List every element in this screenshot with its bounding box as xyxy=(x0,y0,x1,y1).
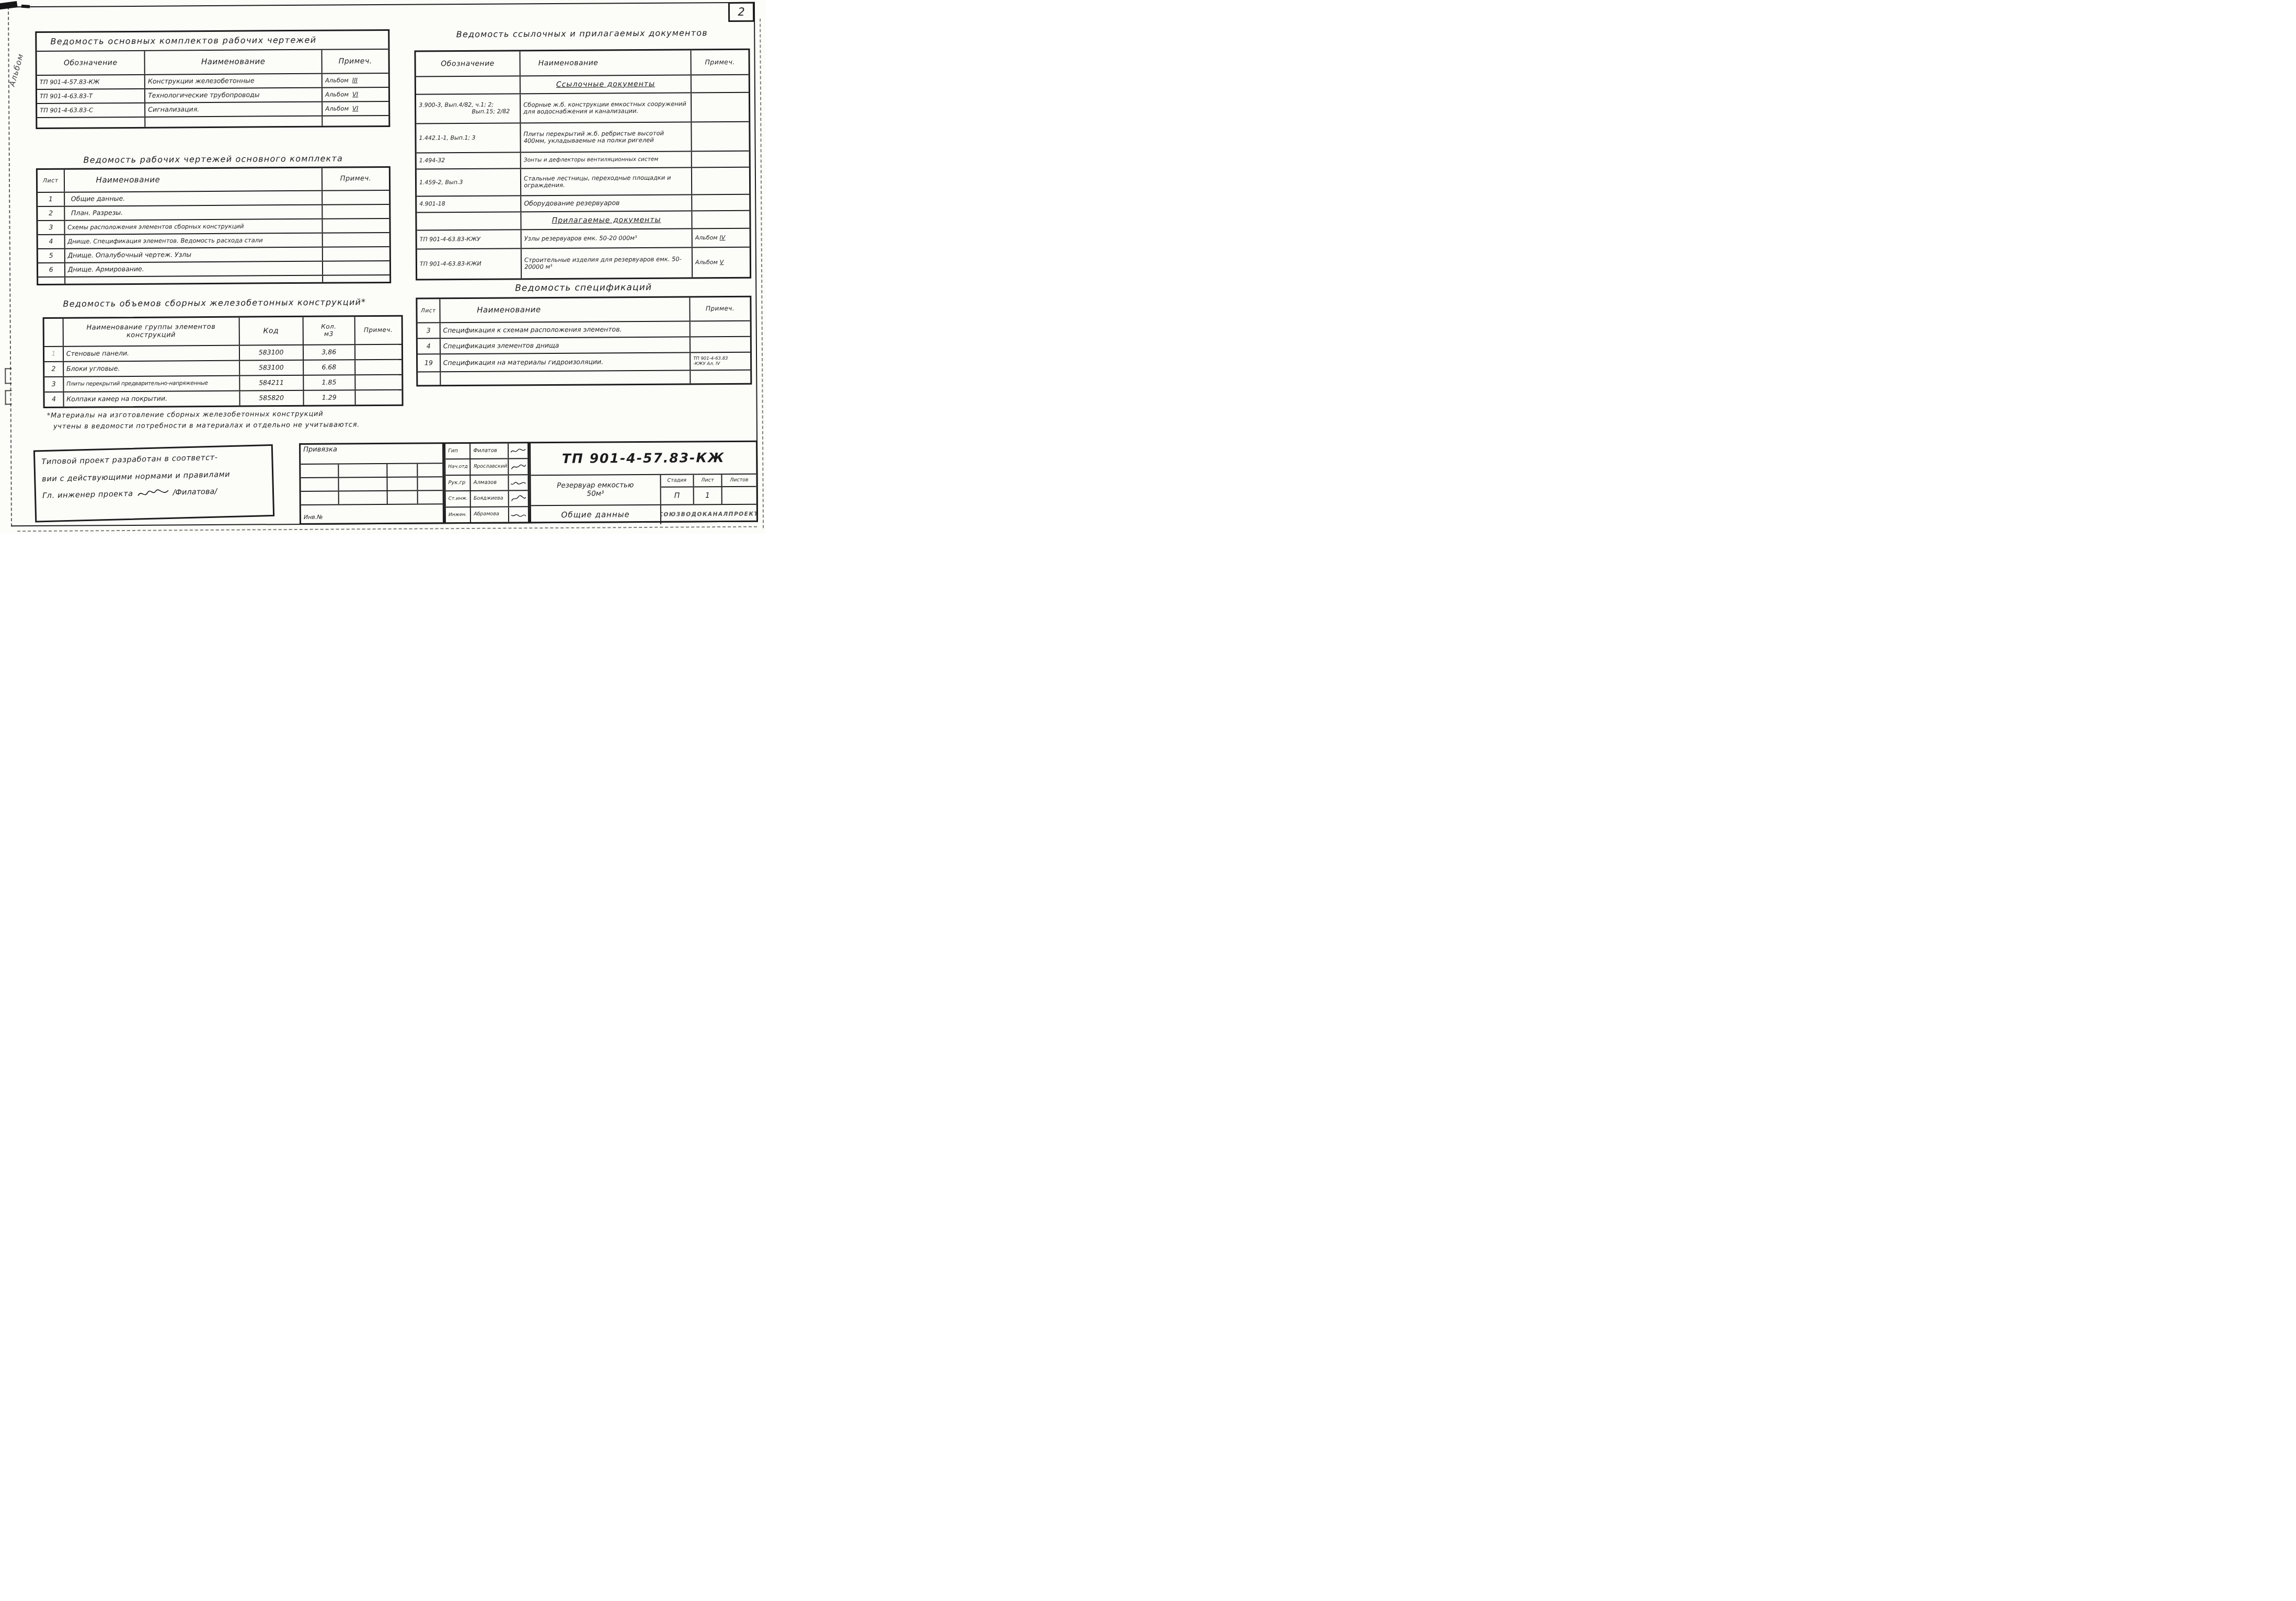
col-header-note: Примеч. xyxy=(322,50,388,73)
empty-cell xyxy=(322,116,388,126)
stage-header: Стадия xyxy=(661,475,693,486)
org-stamp: СОЮЗВОДОКАНАЛПРОЕКТ xyxy=(660,511,756,518)
cell-name: Технологические трубопроводы xyxy=(144,88,322,102)
table-title-row: Ведомость основных комплектов рабочих че… xyxy=(37,31,388,51)
signer-name: Филатов xyxy=(469,444,508,459)
empty-row xyxy=(418,370,750,385)
drawing-sheet: 2 Альбом Ведомость основных комплектов р… xyxy=(0,0,765,534)
col-header-designation: Обозначение xyxy=(416,51,519,76)
header-row: Обозначение Наименование Примеч. xyxy=(416,50,748,76)
cell-sheet: 4 xyxy=(418,339,440,353)
album-number: V xyxy=(720,259,724,266)
binding-grid-row xyxy=(301,490,443,504)
table-row: 1 Стеновые панели. 583100 3,86 xyxy=(44,344,401,361)
specs-table: Лист Наименование Примеч. 3 Спецификация… xyxy=(416,296,752,387)
signer-name: Бояджиева xyxy=(470,491,508,506)
cell-qty: 6.68 xyxy=(303,360,354,375)
table-row: 5 Днище. Опалубочный чертеж. Узлы xyxy=(38,246,389,262)
cell-code: 583100 xyxy=(239,361,303,375)
album-number: VI xyxy=(352,91,358,98)
header-row: Наименование группы элементов конструкци… xyxy=(44,317,401,346)
page-number: 2 xyxy=(738,6,745,18)
binding-box: Привязка Инв.№ xyxy=(299,442,444,525)
empty-cell xyxy=(338,478,387,491)
designation-row: ТП 901-4-57.83-КЖ xyxy=(531,442,756,475)
cell-designation: 3.900-3, Вып.4/82, ч.1; 2; Вып.15; 2/82 xyxy=(416,94,520,123)
cell-name: Строительные изделия для резервуаров емк… xyxy=(521,248,692,278)
album-number: III xyxy=(352,77,358,84)
object-row: Резервуар емкостью 50м³ Стадия Лист Лист… xyxy=(531,474,756,505)
cell-name: Зонты и дефлекторы вентиляционных систем xyxy=(520,152,691,168)
table-row: 6 Днище. Армирование. xyxy=(38,260,389,277)
signer-role: Инжен. xyxy=(446,508,470,523)
table-row: 2 Блоки угловые. 583100 6.68 xyxy=(44,359,401,376)
table-row: 4 Днище. Спецификация элементов. Ведомос… xyxy=(38,232,389,248)
cell-name: Общие данные. xyxy=(64,191,322,206)
scan-artifact xyxy=(21,5,30,8)
empty-cell xyxy=(38,278,64,284)
volumes-footnote-line1: *Материалы на изготовление сборных желез… xyxy=(47,410,324,420)
header-row: Обозначение Наименование Примеч. xyxy=(37,49,388,75)
album-label: Альбом xyxy=(325,105,349,112)
scan-artifact xyxy=(5,368,12,384)
header-row: Лист Наименование Примеч. xyxy=(38,168,389,192)
note-line1: Типовой проект разработан в соответст- xyxy=(41,452,265,466)
empty-cell xyxy=(301,492,339,504)
cell-sheet: 19 xyxy=(418,354,440,371)
cell-note xyxy=(322,191,389,204)
cell-name: Спецификация к схемам расположения элеме… xyxy=(439,321,690,338)
table-row: 3 Спецификация к схемам расположения эле… xyxy=(418,320,750,338)
signer-signature xyxy=(508,491,528,506)
signature xyxy=(136,488,169,499)
working-drawings-table: Лист Наименование Примеч. 1 Общие данные… xyxy=(36,166,391,285)
cell-note xyxy=(691,93,749,122)
table-row: 19 Спецификация на материалы гидроизоляц… xyxy=(418,352,750,372)
table-row: 3 Плиты перекрытий предварительно-напряж… xyxy=(44,374,401,391)
col-header-sheet: Лист xyxy=(38,170,64,192)
ref-docs-table: Обозначение Наименование Примеч. Ссылочн… xyxy=(414,49,751,281)
empty-cell xyxy=(416,76,520,94)
cell-name: Спецификация элементов днища xyxy=(440,337,690,353)
cell-note xyxy=(322,205,389,218)
cell-num: 2 xyxy=(44,362,63,376)
empty-cell xyxy=(691,75,749,93)
cell-name: Плиты перекрытий ж.б. ребристые высотой … xyxy=(520,122,691,152)
signature xyxy=(510,463,527,470)
col-header-note: Примеч. xyxy=(691,50,749,75)
empty-cell xyxy=(387,491,417,504)
col-header-name: Наименование xyxy=(144,50,322,74)
cell-sheet: 3 xyxy=(38,221,64,234)
margin-album-note: Альбом xyxy=(7,52,26,87)
empty-cell xyxy=(417,477,442,490)
col-header-name: Наименование xyxy=(63,168,322,192)
cell-note xyxy=(690,337,750,352)
table-row: 1.459-2, Вып.3 Стальные лестницы, перехо… xyxy=(417,167,749,196)
cell-note xyxy=(691,152,749,167)
bottom-dashed-artifact xyxy=(17,526,757,532)
designation-line2: Вып.15; 2/82 xyxy=(472,109,510,116)
cell-designation: 1.494-32 xyxy=(417,153,520,168)
signer-row: Гип Филатов xyxy=(445,443,527,458)
cell-sheet: 1 xyxy=(38,193,64,206)
album-label: Альбом xyxy=(325,77,349,84)
stage-sheet-table: Стадия Лист Листов П 1 xyxy=(660,475,756,504)
table-row: 1.442.1-1, Вып.1; 3 Плиты перекрытий ж.б… xyxy=(416,121,749,153)
cell-name: Оборудование резервуаров xyxy=(520,195,691,211)
binding-label: Привязка xyxy=(301,444,442,464)
section-attached: Прилагаемые документы xyxy=(520,211,691,229)
cell-note: Альбом IV xyxy=(692,229,750,247)
signature xyxy=(510,479,527,486)
cell-sheet: 2 xyxy=(38,207,64,220)
cell-num: 1 xyxy=(44,347,63,361)
empty-cell xyxy=(64,276,323,284)
cell-sheet: 5 xyxy=(38,249,64,262)
empty-cell xyxy=(37,118,144,128)
cell-qty: 1.85 xyxy=(303,375,354,390)
signer-role: Нач.отд xyxy=(445,459,469,475)
empty-cell xyxy=(417,212,520,229)
section-row: Прилагаемые документы xyxy=(417,210,749,230)
binding-label-row: Привязка xyxy=(301,444,442,464)
frame-top xyxy=(8,2,755,8)
col-header-name: Наименование xyxy=(439,297,690,322)
cell-name: Узлы резервуаров емк. 50-20 000м³ xyxy=(521,229,692,248)
table-row: 4 Спецификация элементов днища xyxy=(418,336,750,354)
cell-note xyxy=(354,345,401,360)
table-row: 1.494-32 Зонты и дефлекторы вентиляционн… xyxy=(417,151,749,169)
table-row: ТП 901-4-63.83-С Сигнализация. Альбом VI xyxy=(37,101,388,117)
empty-cell xyxy=(417,491,443,503)
cell-note: Альбом VI xyxy=(322,102,388,116)
cell-designation: ТП 901-4-63.83-С xyxy=(37,103,144,117)
scan-artifact xyxy=(0,1,18,10)
cell-note: Альбом III xyxy=(322,74,388,87)
cell-designation: 1.459-2, Вып.3 xyxy=(417,169,520,195)
cell-sheet: 4 xyxy=(38,235,64,248)
col-header-code: Код xyxy=(238,317,302,345)
cell-name: Схемы расположения элементов сборных кон… xyxy=(64,220,322,234)
signer-name: Алмазов xyxy=(470,475,508,490)
signer-name: Ярославский xyxy=(470,459,508,475)
cell-name: Стальные лестницы, переходные площадки и… xyxy=(520,168,691,195)
cell-code: 583100 xyxy=(239,345,303,360)
volumes-table: Наименование группы элементов конструкци… xyxy=(43,315,404,408)
signers-table: Гип Филатов Нач.отд Ярославский Рук.гр А… xyxy=(444,442,530,524)
cell-designation: 4.901-18 xyxy=(417,196,520,212)
empty-cell xyxy=(301,478,338,491)
table-row: 4 Колпаки камер на покрытии. 585820 1.29 xyxy=(44,389,401,407)
cell-name: Днище. Спецификация элементов. Ведомость… xyxy=(64,234,322,248)
cell-name: Стеновые панели. xyxy=(63,346,239,361)
inventory-label: Инв.№ xyxy=(301,504,443,523)
cell-designation: 1.442.1-1, Вып.1; 3 xyxy=(416,123,520,152)
cell-name: Колпаки камер на покрытии. xyxy=(63,391,239,407)
main-sets-title: Ведомость основных комплектов рабочих че… xyxy=(37,31,388,51)
col-header-num xyxy=(44,319,63,346)
signer-signature xyxy=(508,459,528,475)
cell-name: Днище. Опалубочный чертеж. Узлы xyxy=(64,248,322,262)
header-row: Лист Наименование Примеч. xyxy=(417,297,750,322)
cell-designation: ТП 901-4-63.83-Т xyxy=(37,89,144,103)
section-referenced: Ссылочные документы xyxy=(520,75,691,93)
table-row: 4.901-18 Оборудование резервуаров xyxy=(417,194,749,212)
table-row: 3.900-3, Вып.4/82, ч.1; 2; Вып.15; 2/82 … xyxy=(416,92,749,123)
empty-row xyxy=(37,115,388,128)
note-line2: вии с действующими нормами и правилами xyxy=(42,469,266,483)
object-line2: 50м³ xyxy=(587,490,604,498)
cell-sheet: 6 xyxy=(38,263,64,277)
empty-cell xyxy=(338,464,387,477)
sheet-title-row: Общие данные СОЮЗВОДОКАНАЛПРОЕКТ xyxy=(531,504,756,525)
binding-grid-row xyxy=(301,476,442,491)
note-line3-name: /Филатова/ xyxy=(173,488,217,497)
cell-note xyxy=(322,247,389,261)
main-sets-table: Ведомость основных комплектов рабочих че… xyxy=(35,29,390,129)
cell-name: План. Разрезы. xyxy=(64,205,322,220)
table-row: 2 План. Разрезы. xyxy=(38,204,389,220)
specs-title: Ведомость спецификаций xyxy=(416,282,751,294)
sheets-header: Листов xyxy=(721,475,756,486)
edge-dashed-right xyxy=(760,19,764,528)
col-header-qty: Кол. м3 xyxy=(302,317,354,344)
cell-note xyxy=(322,219,389,233)
cell-name: Сборные ж.б. конструкции емкостных соору… xyxy=(520,93,691,122)
org-stamp-cell: СОЮЗВОДОКАНАЛПРОЕКТ xyxy=(660,505,756,524)
album-number: VI xyxy=(352,105,358,112)
object-name: Резервуар емкостью 50м³ xyxy=(531,475,660,505)
col-header-name: Наименование группы элементов конструкци… xyxy=(62,318,238,346)
volumes-title: Ведомость объемов сборных железобетонных… xyxy=(31,297,397,309)
cell-num: 4 xyxy=(44,393,63,407)
col-header-name: Наименование xyxy=(520,50,691,75)
title-block-right: ТП 901-4-57.83-КЖ Резервуар емкостью 50м… xyxy=(529,441,758,524)
sheet-value: 1 xyxy=(693,487,721,504)
empty-cell xyxy=(387,464,417,477)
table-row: 1 Общие данные. xyxy=(38,190,389,206)
album-label: Альбом xyxy=(695,235,718,241)
signer-row: Инжен. Абрамова xyxy=(446,506,528,522)
album-number: IV xyxy=(719,235,725,241)
page-number-box: 2 xyxy=(728,2,754,22)
cell-qty: 1.29 xyxy=(303,390,354,405)
sheet-header: Лист xyxy=(693,475,721,486)
cell-note xyxy=(691,195,749,211)
signer-name: Абрамова xyxy=(470,507,508,522)
project-note-box: Типовой проект разработан в соответст- в… xyxy=(33,444,274,523)
cell-note xyxy=(354,390,401,405)
cell-name: Конструкции железобетонные xyxy=(144,74,322,88)
sheets-value xyxy=(721,487,756,504)
cell-note xyxy=(354,375,401,390)
cell-note: ТП 901-4-63.83 -КЖУ Ал. IV xyxy=(690,353,750,370)
empty-cell xyxy=(322,275,389,282)
note-line3-label: Гл. инженер проекта xyxy=(42,490,133,500)
signer-row: Рук.гр Алмазов xyxy=(445,474,527,490)
scan-artifact xyxy=(5,390,12,405)
cell-code: 584211 xyxy=(239,376,303,390)
signer-role: Гип xyxy=(445,444,469,459)
col-header-note: Примеч. xyxy=(322,168,389,190)
table-row: ТП 901-4-63.83-Т Технологические трубопр… xyxy=(37,87,388,103)
sheet-title: Общие данные xyxy=(531,505,660,525)
table-row: ТП 901-4-63.83-КЖУ Узлы резервуаров емк.… xyxy=(417,228,750,249)
volumes-footnote-line2: учтены в ведомости потребности в материа… xyxy=(53,421,360,431)
working-drawings-title: Ведомость рабочих чертежей основного ком… xyxy=(36,153,391,165)
cell-note xyxy=(690,321,750,337)
col-header-note: Примеч. xyxy=(690,297,750,321)
cell-name: Сигнализация. xyxy=(144,102,322,117)
binding-grid-row xyxy=(301,463,442,477)
signer-role: Рук.гр xyxy=(445,476,469,491)
empty-cell xyxy=(338,491,387,504)
cell-note: Альбом V xyxy=(692,248,750,278)
object-line1: Резервуар емкостью xyxy=(557,482,634,490)
cell-note xyxy=(354,360,401,375)
inventory-row: Инв.№ xyxy=(301,503,443,523)
note-ref-line1: ТП 901-4-63.83 xyxy=(693,356,728,362)
col-header-note: Примеч. xyxy=(354,317,401,344)
cell-note xyxy=(322,233,389,247)
signature xyxy=(510,447,527,455)
cell-note xyxy=(322,261,389,275)
table-row: 3 Схемы расположения элементов сборных к… xyxy=(38,218,389,234)
cell-name: Днище. Армирование. xyxy=(64,262,323,277)
album-label: Альбом xyxy=(325,91,349,98)
project-designation: ТП 901-4-57.83-КЖ xyxy=(531,442,756,475)
empty-cell xyxy=(144,117,322,127)
empty-cell xyxy=(301,465,338,477)
signature xyxy=(510,511,527,518)
cell-name: Плиты перекрытий предварительно-напряжен… xyxy=(63,376,239,391)
cell-note xyxy=(691,122,749,151)
signer-signature xyxy=(508,507,528,522)
stage-value: П xyxy=(661,487,693,504)
signer-role: Ст.инж. xyxy=(446,491,470,506)
table-row: ТП 901-4-57.83-КЖ Конструкции железобето… xyxy=(37,73,388,89)
empty-cell xyxy=(418,372,440,385)
cell-note xyxy=(691,168,749,194)
empty-cell xyxy=(417,464,442,476)
empty-cell xyxy=(691,211,749,228)
section-row: Ссылочные документы xyxy=(416,74,749,94)
cell-note: Альбом VI xyxy=(322,88,388,101)
album-label: Альбом xyxy=(695,259,718,266)
cell-code: 585820 xyxy=(239,391,303,406)
empty-cell xyxy=(387,478,417,490)
section-attached-label: Прилагаемые документы xyxy=(552,216,661,225)
empty-cell xyxy=(690,371,750,384)
cell-designation: ТП 901-4-63.83-КЖУ xyxy=(417,230,521,248)
table-row: ТП 901-4-63.83-КЖИ Строительные изделия … xyxy=(417,247,750,279)
signature xyxy=(510,495,527,502)
cell-designation: ТП 901-4-63.83-КЖИ xyxy=(417,249,521,279)
signer-row: Нач.отд Ярославский xyxy=(445,458,527,475)
cell-name: Блоки угловые. xyxy=(63,361,239,376)
ref-docs-title: Ведомость ссылочных и прилагаемых докуме… xyxy=(414,28,750,40)
cell-qty: 3,86 xyxy=(302,345,354,360)
signer-signature xyxy=(508,443,528,458)
signer-row: Ст.инж. Бояджиева xyxy=(446,490,528,506)
col-header-sheet: Лист xyxy=(417,299,439,322)
signer-signature xyxy=(508,475,528,490)
note-ref-line2: -КЖУ Ал. IV xyxy=(693,361,720,366)
col-header-designation: Обозначение xyxy=(37,51,144,75)
cell-designation: ТП 901-4-57.83-КЖ xyxy=(37,75,144,89)
section-referenced-label: Ссылочные документы xyxy=(556,80,655,89)
cell-sheet: 3 xyxy=(418,323,440,338)
empty-cell xyxy=(440,371,690,385)
cell-name: Спецификация на материалы гидроизоляции. xyxy=(440,353,690,371)
cell-num: 3 xyxy=(44,377,63,391)
